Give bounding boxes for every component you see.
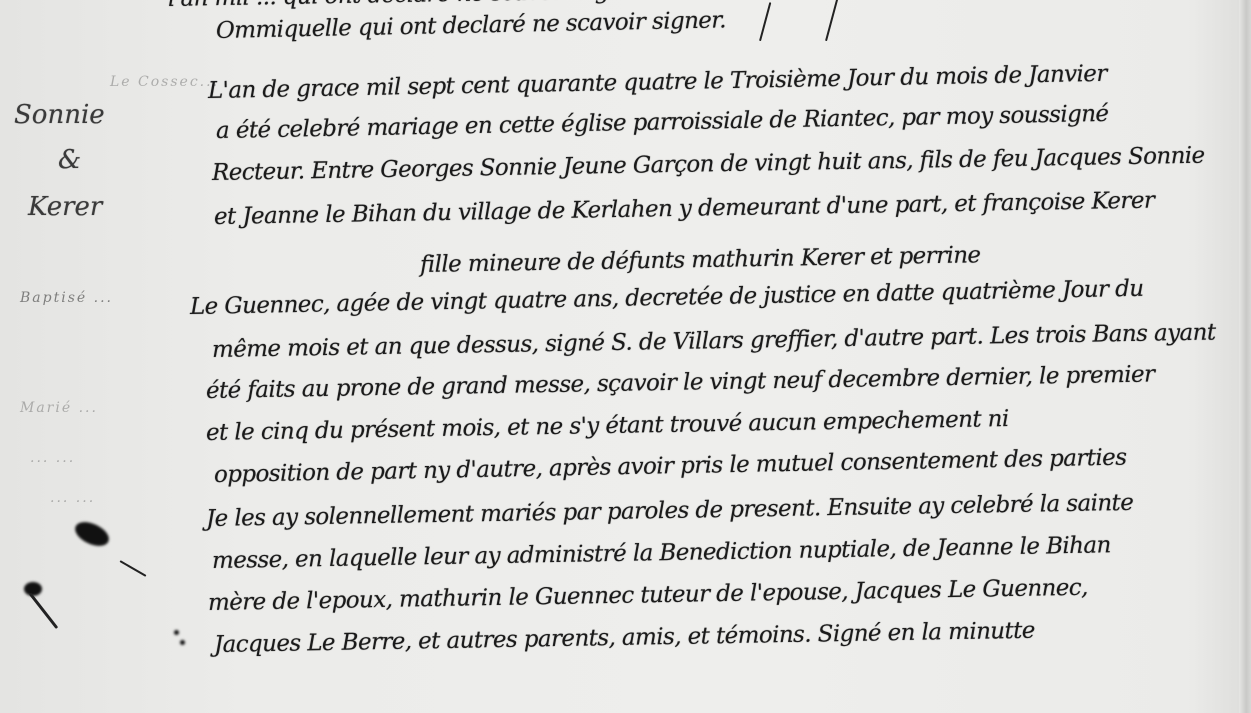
manuscript-line-8: même mois et an que dessus, signé S. de … — [212, 319, 1216, 363]
manuscript-line-13: messe, en laquelle leur ay administré la… — [212, 532, 1111, 574]
ink-stroke — [759, 2, 771, 41]
manuscript-line-1: Ommiquelle qui ont declaré ne scavoir si… — [216, 7, 726, 44]
bleed-through-text: ... ... — [30, 450, 75, 466]
page-edge — [1239, 0, 1251, 713]
ink-stroke — [825, 0, 839, 41]
margin-name-bride: Kerer — [28, 192, 102, 222]
ink-blot — [24, 582, 42, 596]
manuscript-line-4: Recteur. Entre Georges Sonnie Jeune Garç… — [212, 143, 1205, 186]
bleed-through-text: Le Cossec... — [110, 74, 219, 90]
bleed-through-text: Marié ... — [20, 400, 98, 416]
manuscript-line-14: mère de l'epoux, mathurin le Guennec tut… — [208, 575, 1088, 616]
manuscript-line-5: et Jeanne le Bihan du village de Kerlahe… — [214, 188, 1155, 230]
manuscript-line-10: et le cinq du présent mois, et ne s'y ét… — [206, 406, 1009, 446]
register-page: Le Cossec... Baptisé ... Marié ... ... .… — [0, 0, 1251, 713]
ink-blot — [71, 517, 112, 550]
margin-name-groom: Sonnie — [14, 100, 105, 130]
manuscript-line-2: L'an de grace mil sept cent quarante qua… — [208, 61, 1107, 104]
manuscript-line-11: opposition de part ny d'autre, après avo… — [214, 444, 1127, 488]
manuscript-line-15: Jacques Le Berre, et autres parents, ami… — [214, 618, 1035, 658]
ink-stroke — [120, 560, 147, 577]
manuscript-line-9: été faits au prone de grand messe, sçavo… — [206, 361, 1155, 404]
ink-dot — [174, 630, 179, 635]
manuscript-line-7: Le Guennec, agée de vingt quatre ans, de… — [190, 276, 1144, 320]
margin-ampersand: & — [58, 145, 81, 175]
ink-stroke — [29, 593, 58, 630]
bleed-through-text: ... ... — [50, 490, 95, 506]
ink-dot — [180, 640, 185, 645]
manuscript-line-6: fille mineure de défunts mathurin Kerer … — [420, 242, 981, 278]
manuscript-line-3: a été celebré mariage en cette église pa… — [216, 101, 1109, 144]
manuscript-line-12: Je les ay solennellement mariés par paro… — [206, 490, 1134, 532]
bleed-through-text: Baptisé ... — [20, 290, 113, 306]
